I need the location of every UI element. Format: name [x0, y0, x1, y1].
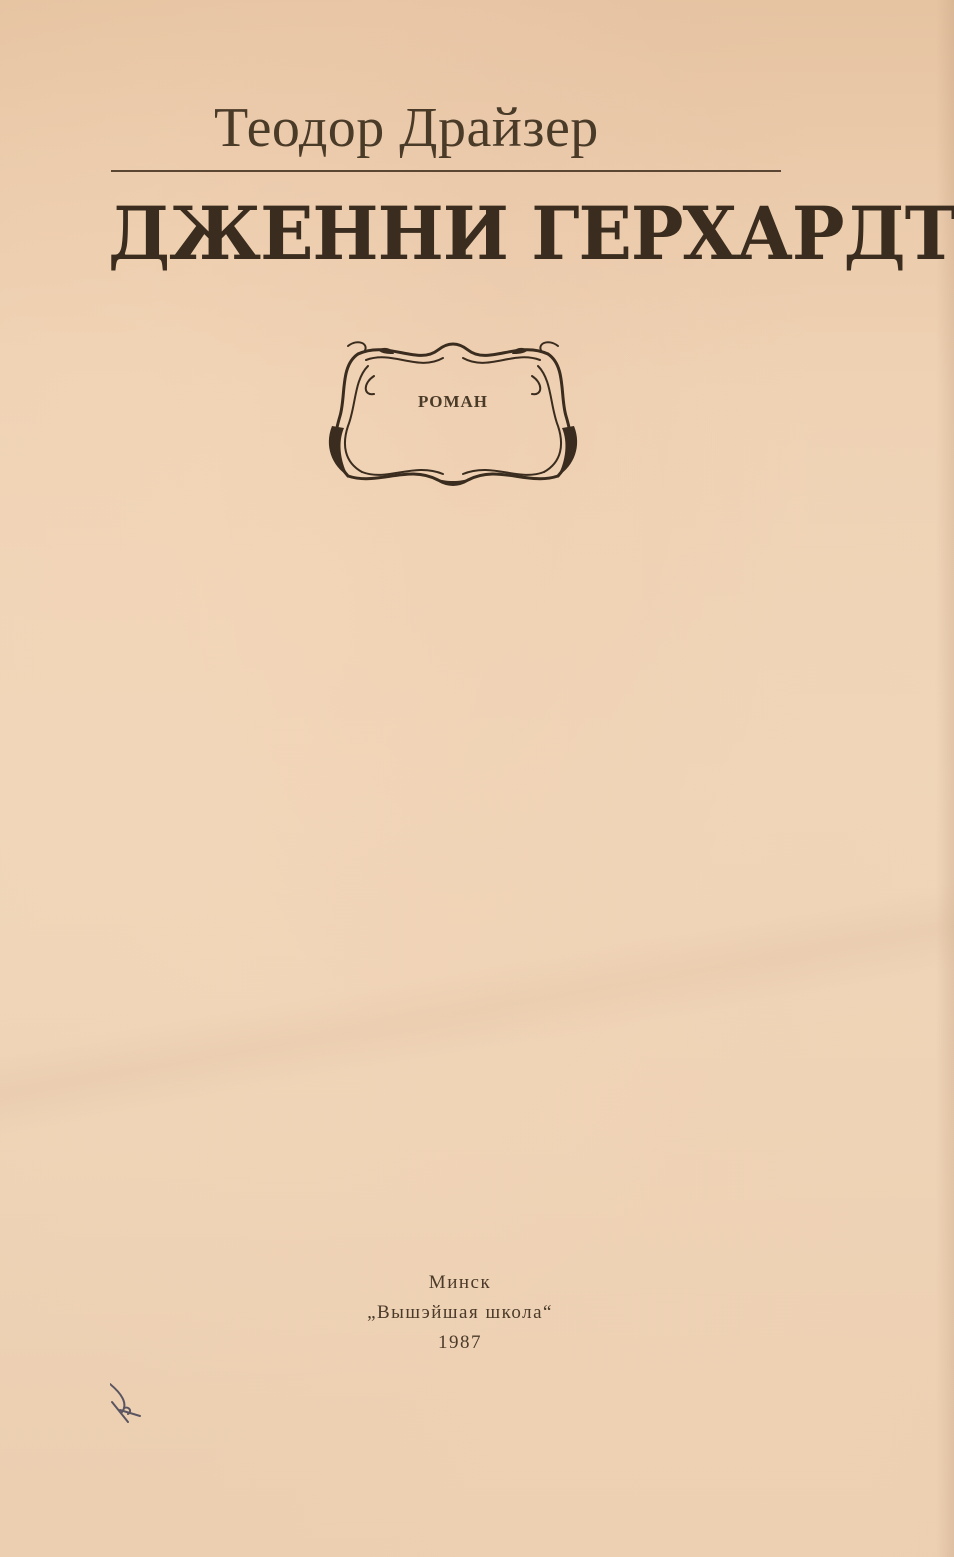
title-divider-rule [111, 170, 781, 172]
pencil-mark-icon [110, 1382, 170, 1432]
paper-crease [0, 880, 954, 1140]
imprint-publisher: „Вышэйшая школа“ [300, 1298, 620, 1328]
book-title-page: Теодор Драйзер ДЖЕННИ ГЕРХАРДТ [0, 0, 954, 1557]
handwritten-pencil-mark [110, 1382, 170, 1432]
book-title: ДЖЕННИ ГЕРХАРДТ [108, 192, 788, 276]
genre-label: РОМАН [318, 392, 588, 412]
art-nouveau-frame-icon [318, 336, 588, 492]
imprint-city: Минск [300, 1268, 620, 1298]
author-name: Теодор Драйзер [214, 96, 694, 160]
ornamental-frame: РОМАН [318, 336, 588, 492]
imprint-year: 1987 [300, 1328, 620, 1358]
imprint-block: Минск „Вышэйшая школа“ 1987 [300, 1268, 620, 1358]
